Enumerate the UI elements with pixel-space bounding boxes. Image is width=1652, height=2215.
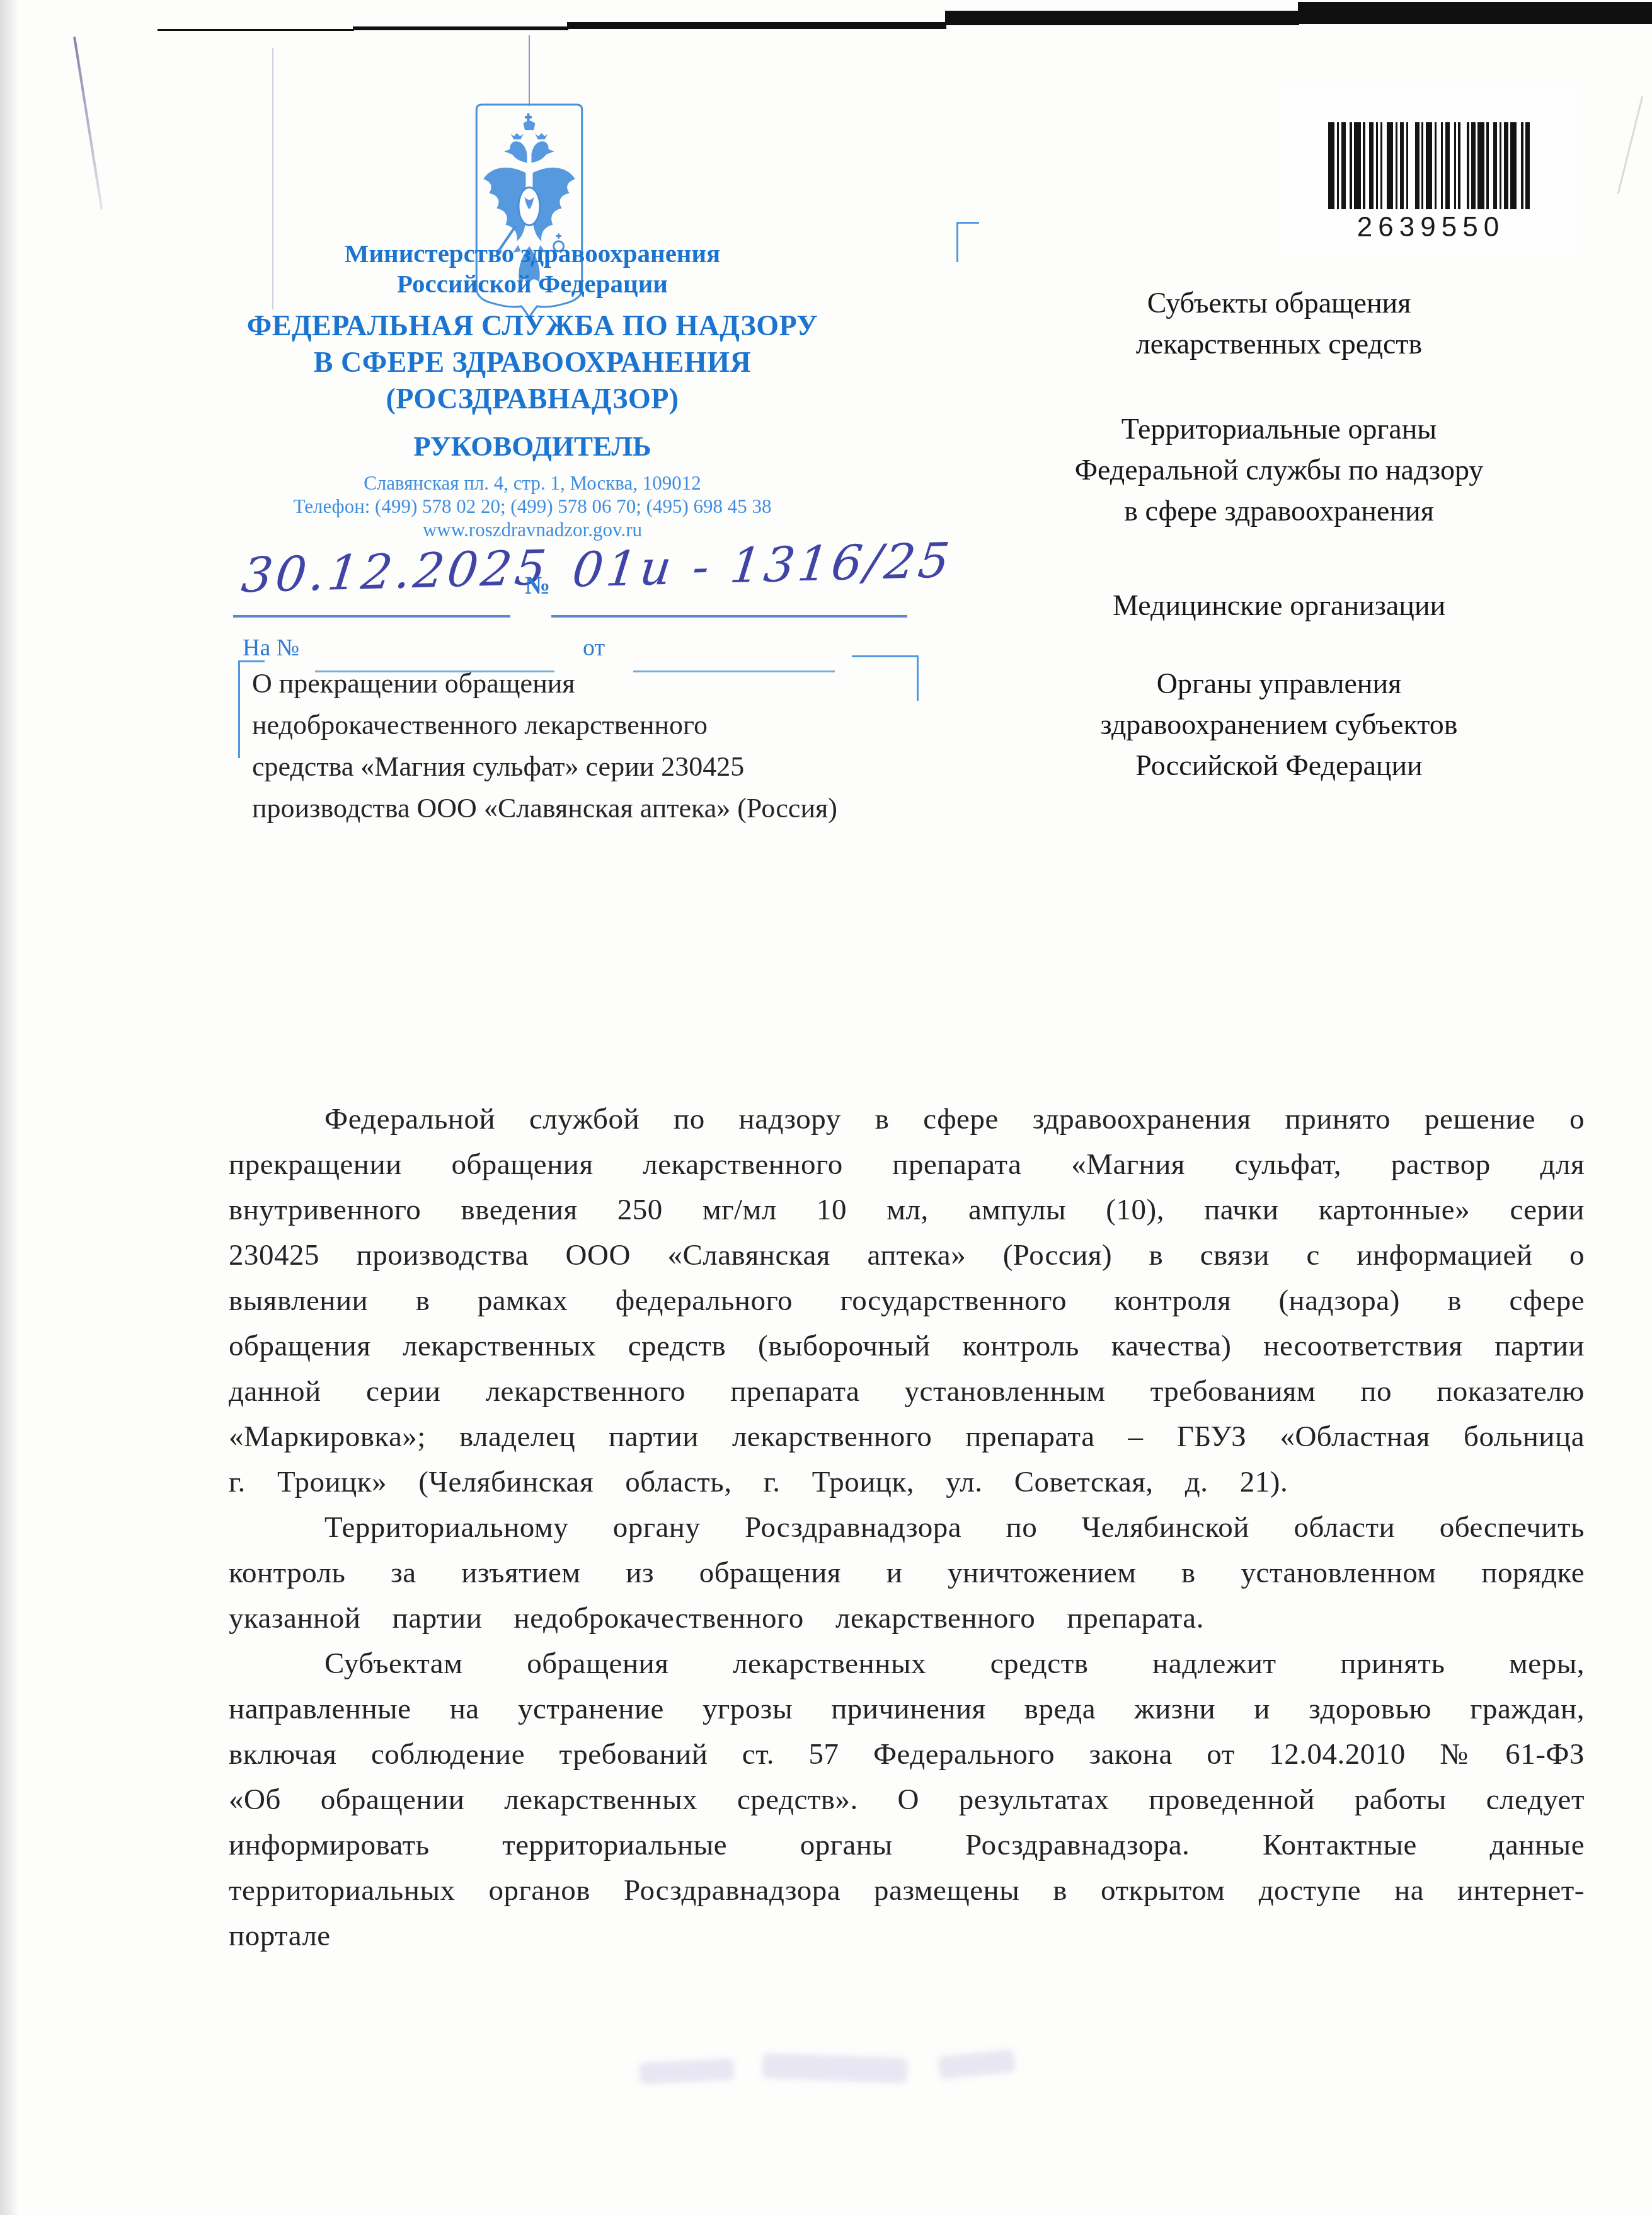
scan-artifact-top-line: [353, 26, 568, 30]
body-paragraph-1: Федеральной службой по надзору в сфере з…: [229, 1096, 1585, 1505]
handwritten-date: 30.12.2025: [239, 539, 552, 604]
barcode-label: 2639550: [1285, 88, 1576, 257]
phone-line: Телефон: (499) 578 02 20; (499) 578 06 7…: [154, 495, 910, 518]
service-line3: (РОСЗДРАВНАДЗОР): [154, 381, 910, 417]
body-paragraph-2: Территориальному органу Росздравнадзора …: [229, 1505, 1585, 1641]
bleed-through-smudge: [762, 2053, 907, 2083]
contact-block: Славянская пл. 4, стр. 1, Москва, 109012…: [154, 471, 910, 541]
subject-bracket-left: [238, 660, 240, 758]
ref-na-label: На №: [243, 634, 299, 662]
service-line2: В СФЕРЕ ЗДРАВООХРАНЕНИЯ: [154, 344, 910, 381]
recipient-bracket: [956, 222, 979, 224]
recipient-line: в сфере здравоохранения: [973, 490, 1585, 531]
bleed-through-smudge: [639, 2058, 735, 2085]
letter-body: Федеральной службой по надзору в сфере з…: [229, 1096, 1585, 1959]
bleed-through-smudge: [938, 2049, 1015, 2080]
ministry-line1: Министерство здравоохранения: [154, 238, 910, 268]
ref-ot-label: от: [583, 634, 605, 662]
barcode: [1328, 122, 1532, 209]
recipient-line: здравоохранением субъектов: [973, 704, 1585, 745]
emblem-hanging-line: [529, 35, 530, 106]
scan-edge-shade: [0, 0, 19, 2215]
address-line: Славянская пл. 4, стр. 1, Москва, 109012: [154, 471, 910, 495]
subject-line: средства «Магния сульфат» серии 230425: [252, 746, 983, 788]
subject-bracket-left: [238, 660, 265, 662]
scan-artifact-top-line: [158, 29, 354, 31]
subject-block: О прекращении обращения недоброкачествен…: [252, 663, 983, 829]
recipient-line: Территориальные органы: [973, 408, 1585, 449]
handwritten-number: 01и - 1316/25: [570, 532, 956, 598]
recipient-block: Субъекты обращения лекарственных средств: [973, 282, 1585, 364]
date-underline: [233, 615, 510, 618]
pen-stroke-artifact: [73, 37, 103, 210]
recipient-line: Российской Федерации: [973, 745, 1585, 786]
scan-artifact-top-line: [945, 11, 1299, 25]
recipient-bracket: [956, 222, 958, 262]
number-sign-label: №: [525, 570, 550, 600]
recipient-line: Органы управления: [973, 663, 1585, 704]
ministry-name: Министерство здравоохранения Российской …: [154, 238, 910, 299]
recipient-block: Медицинские организации: [973, 585, 1585, 626]
recipient-line: лекарственных средств: [973, 323, 1585, 364]
subject-line: О прекращении обращения: [252, 663, 983, 705]
body-paragraph-3: Субъектам обращения лекарственных средст…: [229, 1641, 1585, 1959]
service-name: ФЕДЕРАЛЬНАЯ СЛУЖБА ПО НАДЗОРУ В СФЕРЕ ЗД…: [154, 308, 910, 417]
number-underline: [551, 615, 907, 618]
ministry-line2: Российской Федерации: [154, 268, 910, 299]
scan-artifact-top-line: [567, 22, 946, 29]
recipient-block: Органы управления здравоохранением субъе…: [973, 663, 1585, 786]
subject-line: производства ООО «Славянская аптека» (Ро…: [252, 788, 983, 829]
scan-artifact-top-line: [1298, 2, 1652, 24]
recipient-line: Федеральной службы по надзору: [973, 449, 1585, 490]
recipient-block: Территориальные органы Федеральной служб…: [973, 408, 1585, 531]
subject-bracket-right: [852, 655, 919, 657]
recipient-line: Медицинские организации: [973, 585, 1585, 626]
scan-scratch: [1617, 96, 1644, 194]
barcode-number: 2639550: [1285, 212, 1576, 243]
service-line1: ФЕДЕРАЛЬНАЯ СЛУЖБА ПО НАДЗОРУ: [154, 308, 910, 344]
scanned-letter-page: Министерство здравоохранения Российской …: [0, 0, 1652, 2215]
subject-line: недоброкачественного лекарственного: [252, 705, 983, 746]
position-title: РУКОВОДИТЕЛЬ: [154, 430, 910, 463]
recipient-line: Субъекты обращения: [973, 282, 1585, 323]
